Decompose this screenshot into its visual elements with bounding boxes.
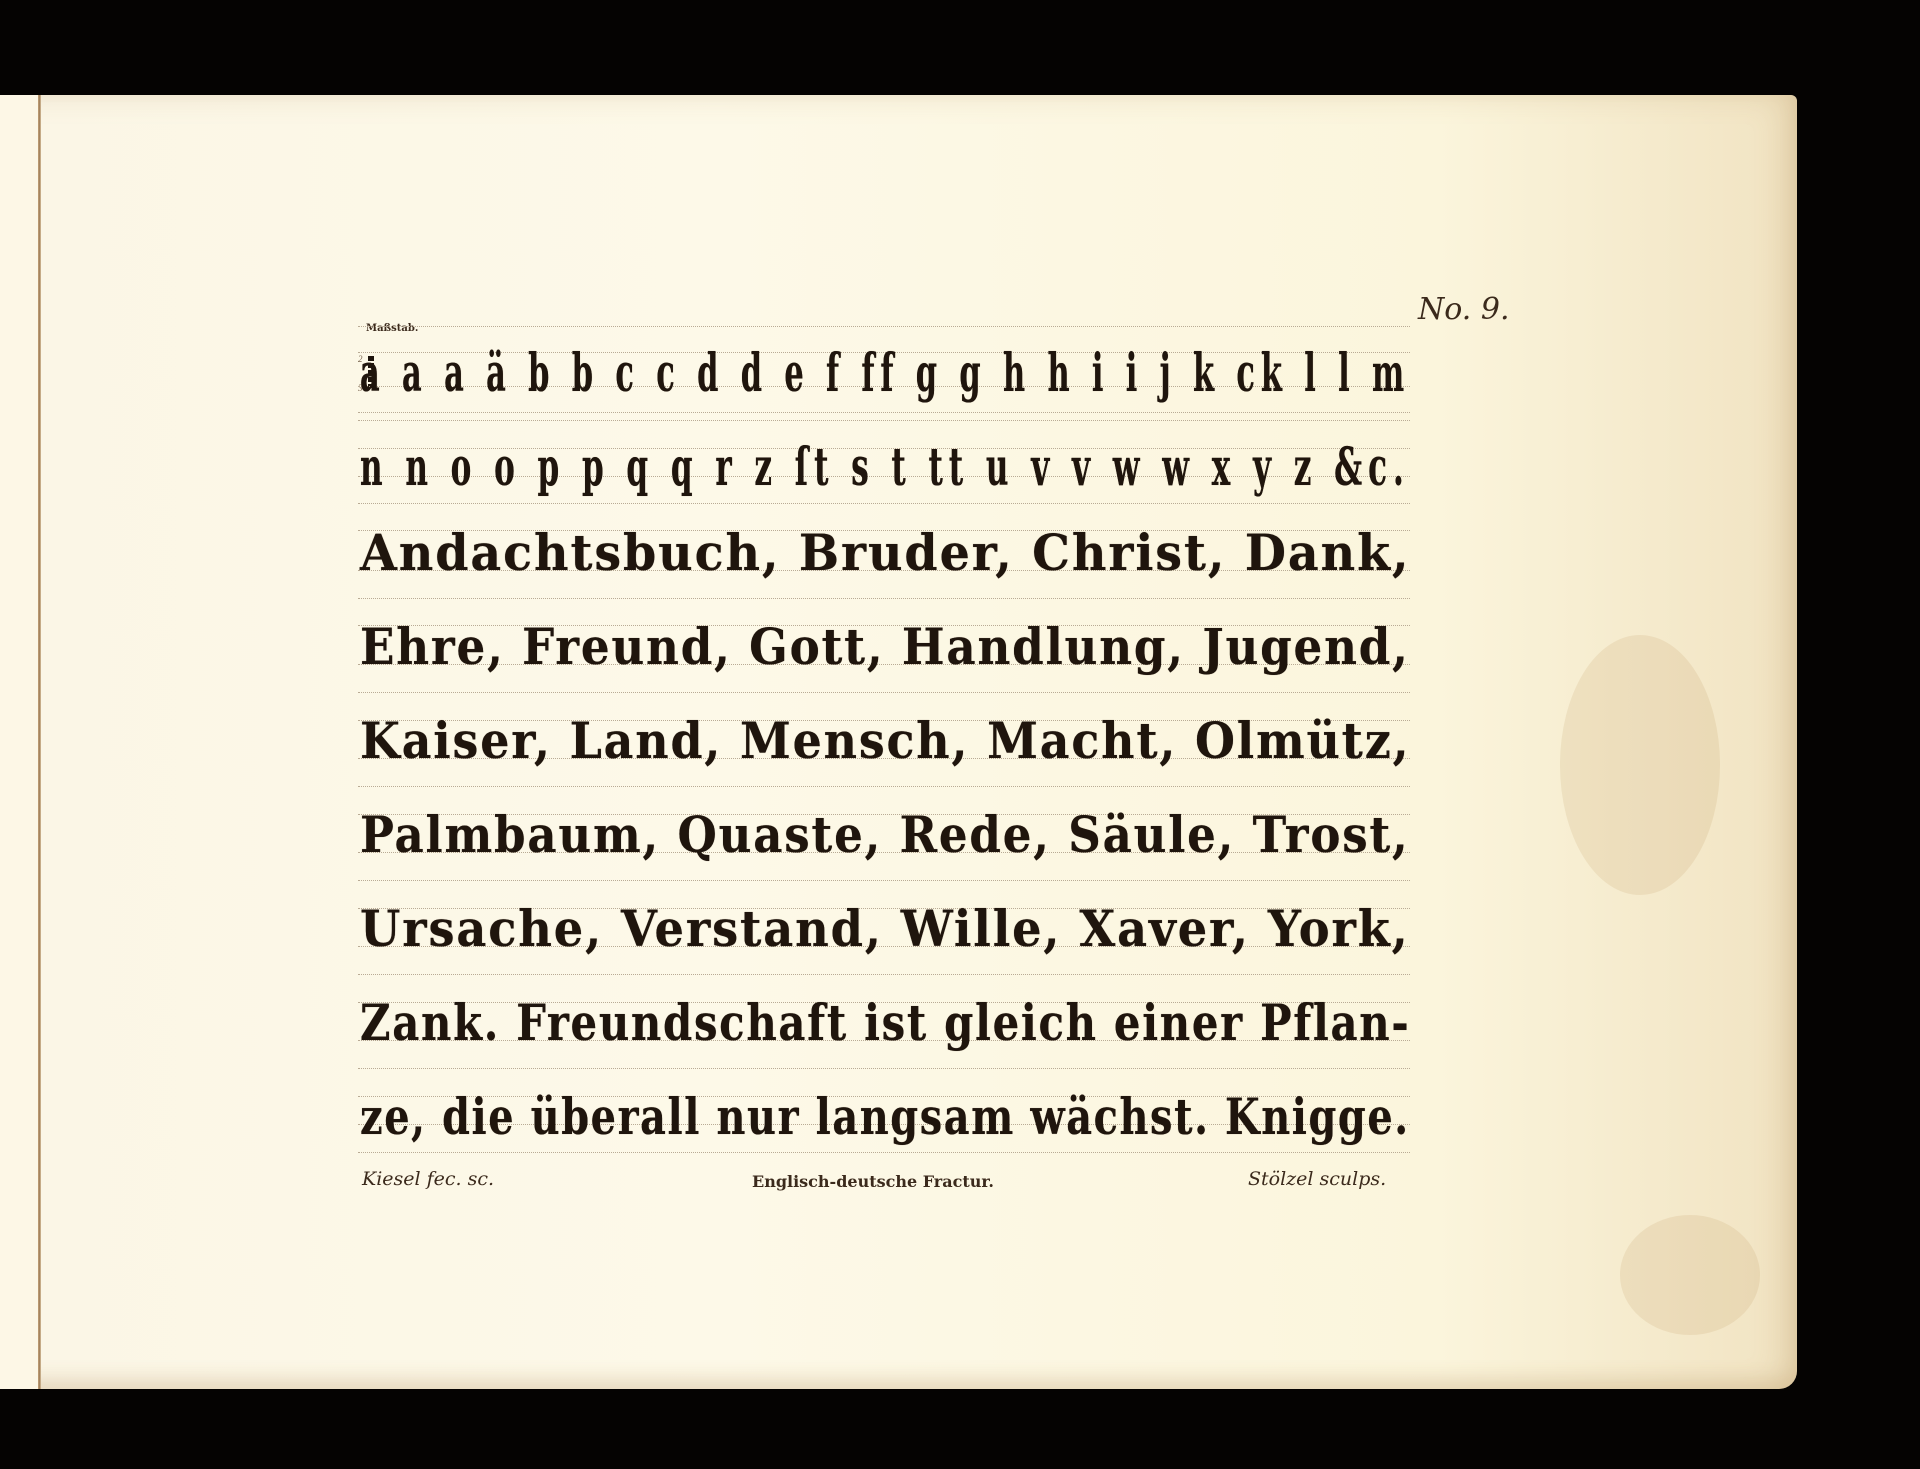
guide-rule [358, 692, 1410, 693]
text-line-8: Zank. Freundschaft ist gleich einer Pfla… [360, 993, 1247, 1052]
scribe-credit: Kiesel fec. sc. [362, 1168, 494, 1190]
book-gutter [38, 95, 41, 1389]
guide-rule [358, 1152, 1410, 1153]
text-line-3: Andachtsbuch, Bruder, Christ, Dank, [360, 523, 1368, 582]
scale-label: Maßstab. [366, 323, 418, 334]
engraver-credit: Stölzel sculps. [1248, 1168, 1386, 1190]
guide-rule [358, 420, 1410, 421]
alphabet-line-1: a a a ä b b c c d d e f ff g g h h i i j… [360, 343, 981, 404]
guide-rule [358, 598, 1410, 599]
paper-stain [1620, 1215, 1760, 1335]
guide-rule [358, 326, 1410, 327]
facing-page-edge [0, 95, 38, 1389]
guide-rule [358, 412, 1410, 413]
text-line-4: Ehre, Freund, Gott, Handlung, Jugend, [360, 617, 1318, 676]
text-line-6: Palmbaum, Quaste, Rede, Säule, Trost, [360, 805, 1316, 864]
plate-number: No. 9. [1418, 292, 1509, 327]
guide-rule [358, 974, 1410, 975]
text-line-7: Ursache, Verstand, Wille, Xaver, York, [360, 899, 1341, 958]
alphabet-line-2: n n o o p p q q r z ſt s t tt u v v w w … [360, 437, 993, 498]
text-line-9: ze, die überall nur langsam wächst. Knig… [360, 1087, 1204, 1146]
guide-rule [358, 880, 1410, 881]
guide-rule [358, 1068, 1410, 1069]
paper-stain [1560, 635, 1720, 895]
plate-title: Englisch-deutsche Fractur. [752, 1172, 994, 1191]
guide-rule [358, 786, 1410, 787]
text-line-5: Kaiser, Land, Mensch, Macht, Olmütz, [360, 711, 1333, 770]
guide-rule [358, 503, 1410, 504]
